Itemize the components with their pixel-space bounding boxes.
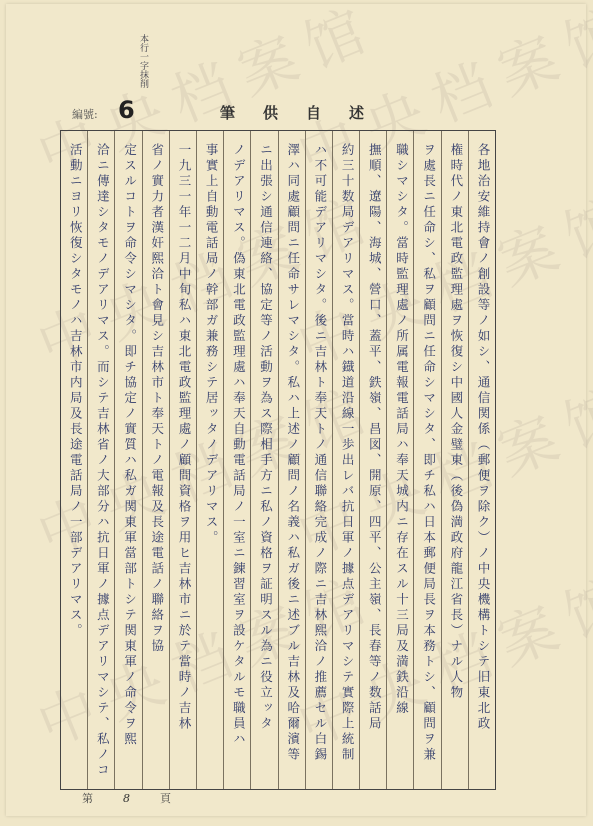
- text-column: 各地治安維持會ノ創設等ノ如シ、通信関係（郵便ヲ除ク）ノ中央機構トシテ旧東北政: [468, 131, 495, 789]
- text-column: 撫順、遼陽、海城、營口、蓋平、鉄嶺、昌図、開原、四平、公主嶺、長春等ノ数話局: [359, 131, 386, 789]
- text-column: ニ出張シ通信連絡、協定等ノ活動ヲ為ス際相手方ニ私ノ資格ヲ証明スル為ニ役立ッタ: [250, 131, 277, 789]
- text-column: 権時代ノ東北電政監理處ヲ恢復シ中國人金璧東（後偽満政府龍江省長）ナル人物: [441, 131, 468, 789]
- text-column: 約三十数局デアリマス。當時ハ鐡道沿線一歩出レバ抗日軍ノ據点デアリマシテ實際上統制: [332, 131, 359, 789]
- page-number: 8: [123, 792, 130, 805]
- page-footer: 第8頁: [82, 790, 171, 806]
- page-prefix: 第: [82, 792, 93, 805]
- text-column: 一九三一年一二月中旬私ハ東北電政監理處ノ顧問資格ヲ用ヒ吉林市ニ於テ當時ノ吉林: [169, 131, 196, 789]
- text-column: ヲ處長ニ任命シ、私ヲ顧問ニ任命シマシタ、即チ私ハ日本郵便局長ヲ本務トシ、顧問ヲ兼: [413, 131, 440, 789]
- text-column: 事實上自動電話局ノ幹部ガ兼務シテ居ッタノデアリマス。: [196, 131, 223, 789]
- serial-label: 編號:: [72, 106, 98, 122]
- form-title: 筆供自述: [220, 102, 392, 123]
- text-column: 洽ニ傳達シタモノデアリマス。而シテ吉林省ノ大部分ハ抗日軍ノ據点デアリマシテ、私ノ…: [87, 131, 114, 789]
- page-suffix: 頁: [160, 792, 171, 805]
- text-column: 定スルコトヲ命令シマシタ。即チ協定ノ實質ハ私ガ関東軍當部トシテ関東軍ノ命令ヲ熙: [114, 131, 141, 789]
- text-column: ハ不可能デアリマシタ。後ニ吉林ト奉天トノ通信聯絡完成ノ際ニ吉林熙洽ノ推薦セル白錫: [305, 131, 332, 789]
- text-column: 省ノ實力者漢奸熙洽ト會見シ吉林市ト奉天トノ電報及長途電話ノ聯絡ヲ協: [142, 131, 169, 789]
- text-column: 活動ニヨリ恢復シタモノハ吉林市内局及長途電話局ノ一部デアリマス。: [61, 131, 87, 789]
- text-column: 澤ハ同處顧問ニ任命サレマシタ。私ハ上述ノ顧問ノ名義ハ私ガ後ニ述ブル吉林及哈爾濱等: [278, 131, 305, 789]
- text-column: ノデアリマス。偽東北電政監理處ハ奉天自動電話局ノ一室ニ錬習室ヲ設ケタルモ職員ハ: [223, 131, 250, 789]
- manuscript-grid: 各地治安維持會ノ創設等ノ如シ、通信関係（郵便ヲ除ク）ノ中央機構トシテ旧東北政権時…: [60, 130, 496, 790]
- text-column: 職シマシタ。當時監理處ノ所属電報電話局ハ奉天城内ニ存在スル十三局及満鉄沿線: [386, 131, 413, 789]
- document-page: 中央档案馆 中央档案馆 中央档案馆 中央档案馆 中央档案馆 中央档案馆 中央档案…: [6, 4, 586, 816]
- margin-annotation: 本行一字抹削: [136, 34, 148, 88]
- serial-number: 6: [118, 96, 135, 124]
